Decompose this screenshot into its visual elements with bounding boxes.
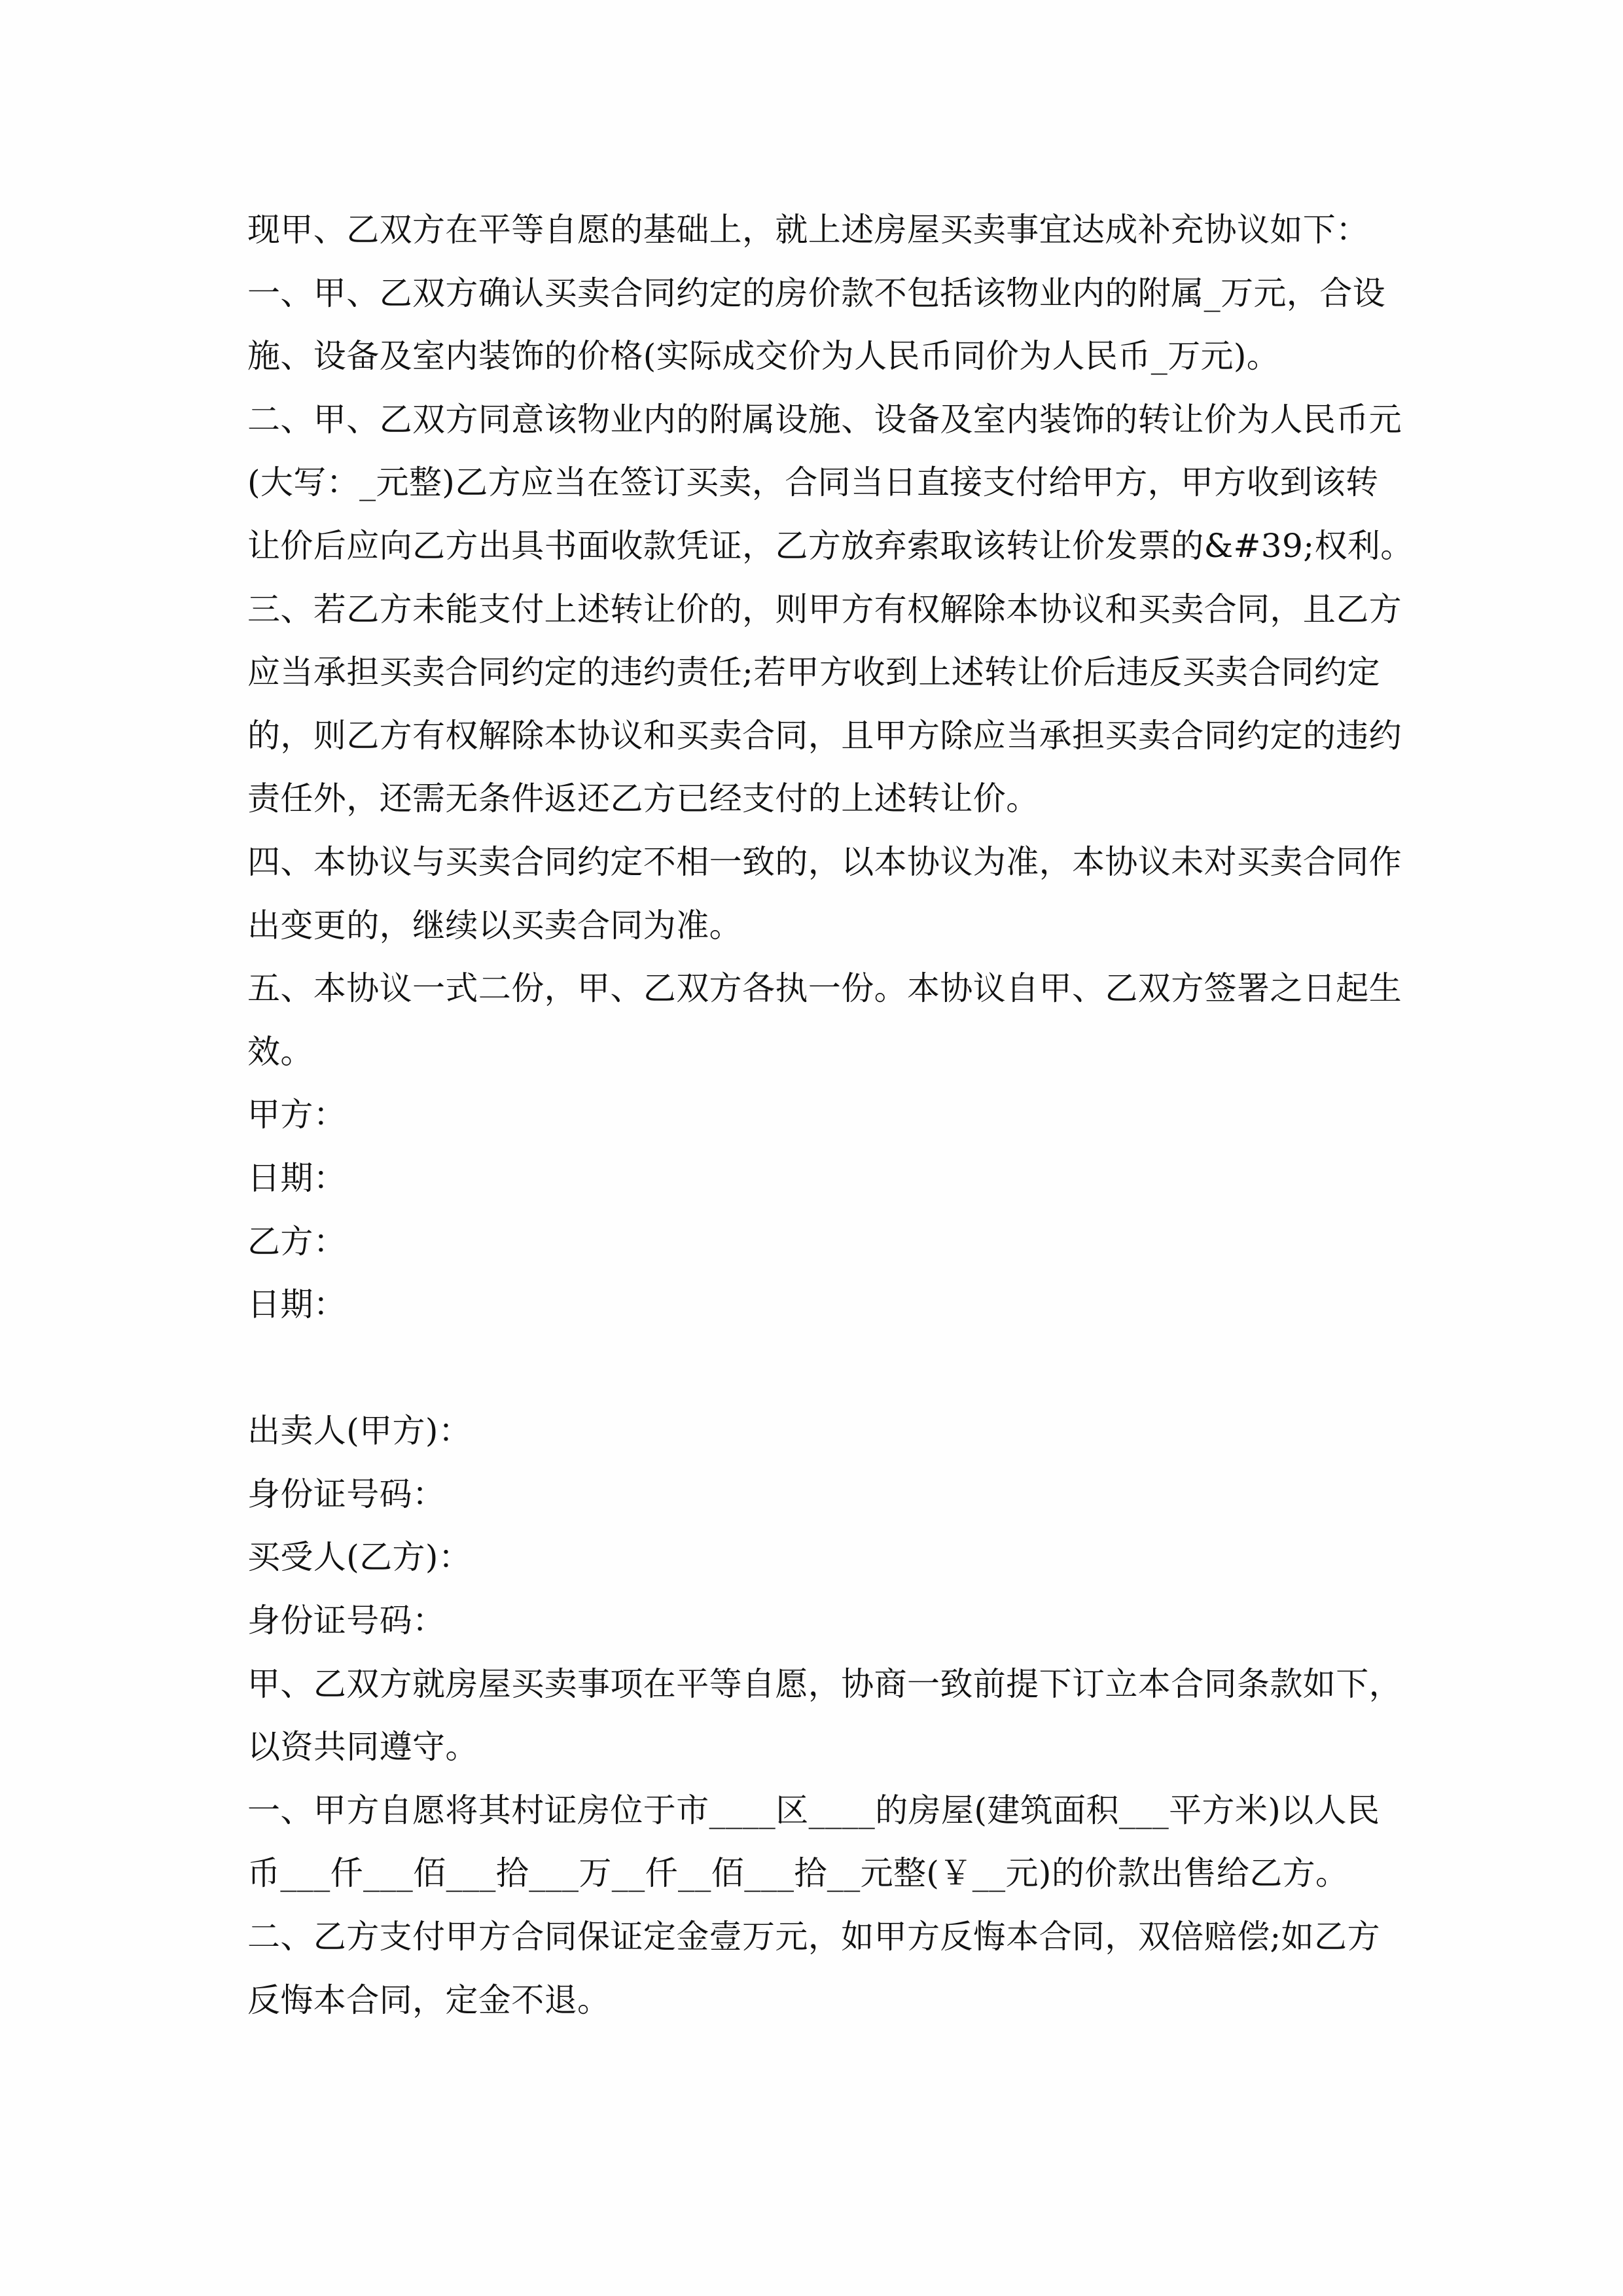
- text-line: 甲、乙双方就房屋买卖事项在平等自愿，协商一致前提下订立本合同条款如下，: [247, 1653, 1386, 1716]
- party-a-date-label: 日期：: [247, 1147, 1386, 1210]
- text-line: 日期：: [247, 1273, 1386, 1336]
- text-line: 身份证号码：: [247, 1463, 1386, 1526]
- signature-block: 甲方： 日期： 乙方： 日期：: [247, 1083, 1386, 1336]
- supplement-clause-5: 五、本协议一式二份，甲、乙双方各执一份。本协议自甲、乙双方签署之日起生 效。: [247, 957, 1386, 1083]
- text-line: 乙方：: [247, 1210, 1386, 1274]
- text-line: 一、甲方自愿将其村证房位于市____区____的房屋(建筑面积___平方米)以人…: [247, 1779, 1386, 1842]
- contract-section: 出卖人(甲方)： 身份证号码： 买受人(乙方)： 身份证号码： 甲、乙双方就房屋…: [247, 1399, 1386, 2032]
- contract-preamble: 甲、乙双方就房屋买卖事项在平等自愿，协商一致前提下订立本合同条款如下， 以资共同…: [247, 1653, 1386, 1779]
- text-line: 反悔本合同，定金不退。: [247, 1969, 1386, 2032]
- supplement-clause-4: 四、本协议与买卖合同约定不相一致的，以本协议为准，本协议未对买卖合同作 出变更的…: [247, 831, 1386, 957]
- document-body: 现甲、乙双方在平等自愿的基础上，就上述房屋买卖事宜达成补充协议如下： 一、甲、乙…: [247, 198, 1386, 2032]
- party-a-signature-label: 甲方：: [247, 1083, 1386, 1147]
- text-line: 以资共同遵守。: [247, 1715, 1386, 1779]
- text-line: 让价后应向乙方出具书面收款凭证，乙方放弃索取该转让价发票的&#39;权利。: [247, 514, 1386, 578]
- text-line: 日期：: [247, 1147, 1386, 1210]
- contract-clause-2: 二、乙方支付甲方合同保证定金壹万元，如甲方反悔本合同，双倍赔偿;如乙方 反悔本合…: [247, 1905, 1386, 2032]
- text-line: 应当承担买卖合同约定的违约责任;若甲方收到上述转让价后违反买卖合同约定: [247, 641, 1386, 704]
- text-line: 效。: [247, 1020, 1386, 1084]
- text-line: 币___仟___佰___拾___万__仟__佰___拾__元整(￥__元)的价款…: [247, 1842, 1386, 1905]
- seller-id-label: 身份证号码：: [247, 1463, 1386, 1526]
- text-line: 三、若乙方未能支付上述转让价的，则甲方有权解除本协议和买卖合同，且乙方: [247, 578, 1386, 641]
- text-line: 责任外，还需无条件返还乙方已经支付的上述转让价。: [247, 767, 1386, 831]
- party-b-date-label: 日期：: [247, 1273, 1386, 1336]
- document-page: 现甲、乙双方在平等自愿的基础上，就上述房屋买卖事宜达成补充协议如下： 一、甲、乙…: [0, 0, 1623, 2296]
- text-line: 二、乙方支付甲方合同保证定金壹万元，如甲方反悔本合同，双倍赔偿;如乙方: [247, 1905, 1386, 1969]
- text-line: 二、甲、乙双方同意该物业内的附属设施、设备及室内装饰的转让价为人民币元: [247, 388, 1386, 452]
- buyer-id-label: 身份证号码：: [247, 1589, 1386, 1653]
- supplement-clause-3: 三、若乙方未能支付上述转让价的，则甲方有权解除本协议和买卖合同，且乙方 应当承担…: [247, 578, 1386, 831]
- buyer-label: 买受人(乙方)：: [247, 1526, 1386, 1589]
- party-b-signature-label: 乙方：: [247, 1210, 1386, 1274]
- text-line: 一、甲、乙双方确认买卖合同约定的房价款不包括该物业内的附属_万元，合设: [247, 262, 1386, 325]
- text-line: 买受人(乙方)：: [247, 1526, 1386, 1589]
- text-line: 的，则乙方有权解除本协议和买卖合同，且甲方除应当承担买卖合同约定的违约: [247, 704, 1386, 768]
- supplement-clause-1: 一、甲、乙双方确认买卖合同约定的房价款不包括该物业内的附属_万元，合设 施、设备…: [247, 262, 1386, 388]
- blank-line-spacer: [247, 1336, 1386, 1400]
- text-line: 甲方：: [247, 1083, 1386, 1147]
- supplement-section: 现甲、乙双方在平等自愿的基础上，就上述房屋买卖事宜达成补充协议如下： 一、甲、乙…: [247, 198, 1386, 1336]
- text-line: 身份证号码：: [247, 1589, 1386, 1653]
- text-line: (大写：_元整)乙方应当在签订买卖，合同当日直接支付给甲方，甲方收到该转: [247, 451, 1386, 514]
- text-line: 出变更的，继续以买卖合同为准。: [247, 894, 1386, 958]
- text-line: 现甲、乙双方在平等自愿的基础上，就上述房屋买卖事宜达成补充协议如下：: [247, 198, 1386, 262]
- supplement-clause-2: 二、甲、乙双方同意该物业内的附属设施、设备及室内装饰的转让价为人民币元 (大写：…: [247, 388, 1386, 578]
- text-line: 出卖人(甲方)：: [247, 1399, 1386, 1463]
- seller-label: 出卖人(甲方)：: [247, 1399, 1386, 1463]
- text-line: 五、本协议一式二份，甲、乙双方各执一份。本协议自甲、乙双方签署之日起生: [247, 957, 1386, 1020]
- contract-clause-1: 一、甲方自愿将其村证房位于市____区____的房屋(建筑面积___平方米)以人…: [247, 1779, 1386, 1905]
- text-line: 四、本协议与买卖合同约定不相一致的，以本协议为准，本协议未对买卖合同作: [247, 831, 1386, 894]
- text-line: 施、设备及室内装饰的价格(实际成交价为人民币同价为人民币_万元)。: [247, 325, 1386, 388]
- supplement-intro: 现甲、乙双方在平等自愿的基础上，就上述房屋买卖事宜达成补充协议如下：: [247, 198, 1386, 262]
- parties-block: 出卖人(甲方)： 身份证号码： 买受人(乙方)： 身份证号码：: [247, 1399, 1386, 1652]
